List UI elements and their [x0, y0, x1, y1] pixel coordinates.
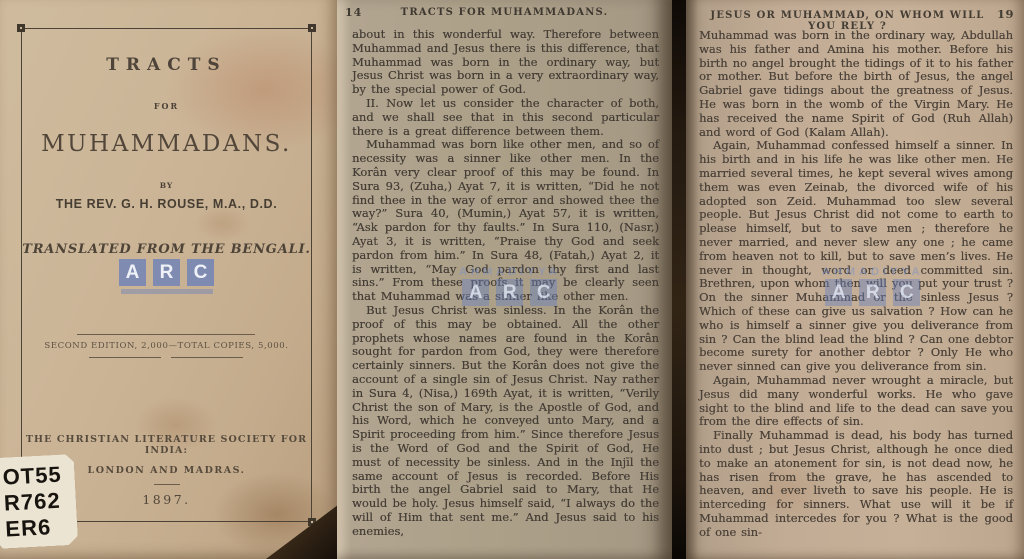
- page-14: 14 TRACTS FOR MUHAMMADANS. about in this…: [337, 0, 672, 559]
- arc-watermark: A R C: [119, 259, 214, 294]
- arc-letter-block: A: [119, 259, 146, 286]
- rule-line-split: [89, 357, 243, 358]
- publication-year: 1897.: [142, 492, 190, 507]
- publisher-line-2: LONDON AND MADRAS.: [88, 465, 246, 476]
- title-page-border: TRACTS FOR MUHAMMADANS. BY THE REV. G. H…: [21, 28, 312, 522]
- byline-label: BY: [160, 181, 174, 190]
- arc-letter-block: C: [187, 259, 214, 286]
- paragraph: about in this wonderful way. Therefore b…: [352, 28, 659, 97]
- page-number: 14: [345, 6, 362, 19]
- paragraph: But Jesus Christ was sinless. In the Kor…: [352, 304, 659, 539]
- book-title-main: MUHAMMADANS.: [41, 131, 292, 157]
- page-number: 19: [997, 7, 1014, 21]
- page-14-body: about in this wonderful way. Therefore b…: [337, 22, 672, 538]
- call-number-line: R762: [3, 487, 70, 516]
- book-title-word: TRACTS: [106, 55, 226, 75]
- paragraph: Finally Muhammad is dead, his body has t…: [699, 429, 1013, 539]
- paragraph: Muhammad was born like other men, and so…: [352, 138, 659, 304]
- paragraph: Again, Muhammad confessed himself a sinn…: [699, 139, 1013, 374]
- running-head-bar: JESUS OR MUHAMMAD, ON WHOM WILL YOU RELY…: [686, 0, 1024, 22]
- running-head: JESUS OR MUHAMMAD, ON WHOM WILL YOU RELY…: [698, 10, 997, 32]
- rule-line: [77, 334, 255, 335]
- title-for-word: FOR: [154, 101, 179, 111]
- rule-line: [154, 484, 180, 485]
- paragraph: Muhammad was born in the ordinary way, A…: [699, 29, 1013, 139]
- corner-ornament: [17, 24, 25, 32]
- publisher-line-1: THE CHRISTIAN LITERATURE SOCIETY FOR IND…: [22, 434, 311, 456]
- running-head: TRACTS FOR MUHAMMADANS.: [401, 7, 609, 18]
- running-head-bar: 14 TRACTS FOR MUHAMMADANS.: [337, 0, 672, 22]
- arc-caption-bar: [121, 289, 213, 294]
- author-name: THE REV. G. H. ROUSE, M.A., D.D.: [56, 197, 278, 211]
- translation-note: TRANSLATED FROM THE BENGALI.: [22, 242, 311, 257]
- title-page: TRACTS FOR MUHAMMADANS. BY THE REV. G. H…: [0, 0, 337, 559]
- paragraph: Again, Muhammad never wrought a miracle,…: [699, 374, 1013, 429]
- scanned-book-spread: TRACTS FOR MUHAMMADANS. BY THE REV. G. H…: [0, 0, 1024, 559]
- arc-letter-block: R: [153, 259, 180, 286]
- page-19-body: Muhammad was born in the ordinary way, A…: [686, 22, 1024, 539]
- page-19: JESUS OR MUHAMMAD, ON WHOM WILL YOU RELY…: [686, 0, 1024, 559]
- call-number-line: ER6: [5, 513, 72, 542]
- paragraph: II. Now let us consider the character of…: [352, 97, 659, 138]
- edition-line: SECOND EDITION, 2,000—TOTAL COPIES, 5,00…: [44, 341, 288, 351]
- call-number-line: OT55: [2, 461, 69, 490]
- library-call-number-sticker: OT55 R762 ER6: [0, 454, 78, 549]
- corner-ornament: [308, 24, 316, 32]
- page-gutter-shadow: [672, 0, 686, 559]
- edition-block: SECOND EDITION, 2,000—TOTAL COPIES, 5,00…: [44, 334, 288, 358]
